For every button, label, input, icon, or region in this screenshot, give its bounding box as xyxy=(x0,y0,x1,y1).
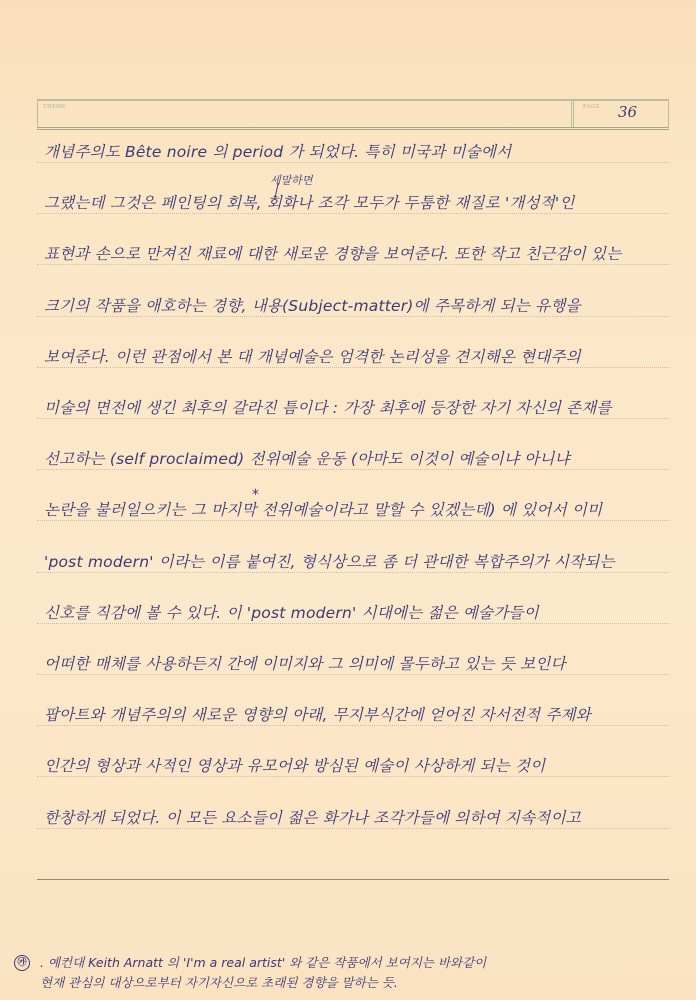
ruled-line xyxy=(37,316,669,317)
ruled-line xyxy=(37,367,669,368)
handwritten-line: 팝아트와 개념주의의 새로운 영향의 아래, 무지부식간에 얻어진 자서전적 주… xyxy=(44,703,669,725)
page-number: 36 xyxy=(618,103,637,121)
handwritten-line: 한창하게 되었다. 이 모든 요소들이 젊은 화가나 조각가들에 의하여 지속적… xyxy=(44,806,669,828)
ruled-line xyxy=(37,213,669,214)
ruled-line xyxy=(37,776,669,777)
ruled-line xyxy=(37,469,669,470)
page-cell: PAGE 36 xyxy=(578,101,668,127)
ruled-line xyxy=(37,572,669,573)
handwritten-line: 어떠한 매체를 사용하든지 간에 이미지와 그 의미에 몰두하고 있는 듯 보인… xyxy=(44,652,669,674)
handwritten-line: 논란을 불러일으키는 그 마지막 전위예술이라고 말할 수 있겠는데) 에 있어… xyxy=(44,498,669,520)
theme-label: THEME xyxy=(43,104,66,110)
theme-cell: THEME xyxy=(38,101,574,127)
ruled-line xyxy=(37,674,669,675)
ruled-line xyxy=(37,520,669,521)
handwritten-line: 신호를 직감에 볼 수 있다. 이 'post modern' 시대에는 젊은 … xyxy=(44,601,669,623)
handwritten-line: 그랬는데 그것은 페인팅의 회복, 회화나 조각 모두가 두툼한 재질로 '개성… xyxy=(44,191,669,213)
ruled-line xyxy=(37,418,669,419)
ruled-line xyxy=(37,725,669,726)
handwritten-line: 크기의 작품을 애호하는 경향, 내용(Subject-matter)에 주목하… xyxy=(44,294,669,316)
page-label: PAGE xyxy=(583,104,600,110)
ruled-line xyxy=(37,828,669,829)
handwritten-line: 'post modern' 이라는 이름 붙여진, 형식상으로 좀 더 관대한 … xyxy=(44,550,669,572)
header-box: THEME PAGE 36 xyxy=(37,99,669,130)
ruled-line xyxy=(37,264,669,265)
ruled-line xyxy=(37,162,669,163)
footnote-line: . 예컨대 Keith Arnatt 의 'I'm a real artist'… xyxy=(40,953,670,971)
ruled-line xyxy=(37,623,669,624)
footnote-marker: ㉮ xyxy=(14,955,30,971)
handwritten-line: 미술의 면전에 생긴 최후의 갈라진 틈이다 : 가장 최후에 등장한 자기 자… xyxy=(44,396,669,418)
handwritten-line: 표현과 손으로 만져진 재료에 대한 새로운 경향을 보여준다. 또한 작고 친… xyxy=(44,242,669,264)
handwritten-line: 개념주의도 Bête noire 의 period 가 되었다. 특히 미국과 … xyxy=(44,140,669,162)
footnote-separator xyxy=(37,879,669,880)
notebook-page: THEME PAGE 36 세말하면 * 개념주의도 Bête noire 의 … xyxy=(0,0,696,1000)
handwritten-line: 선고하는 (self proclaimed) 전위예술 운동 (아마도 이것이 … xyxy=(44,447,669,469)
handwritten-line: 인간의 형상과 사적인 영상과 유모어와 방심된 예술이 사상하게 되는 것이 xyxy=(44,754,669,776)
footnote-line: 현재 관심의 대상으로부터 자기자신으로 초래된 경향을 말하는 듯. xyxy=(40,973,670,991)
handwritten-line: 보여준다. 이런 관점에서 본 대 개념예술은 엄격한 논리성을 견지해온 현대… xyxy=(44,345,669,367)
